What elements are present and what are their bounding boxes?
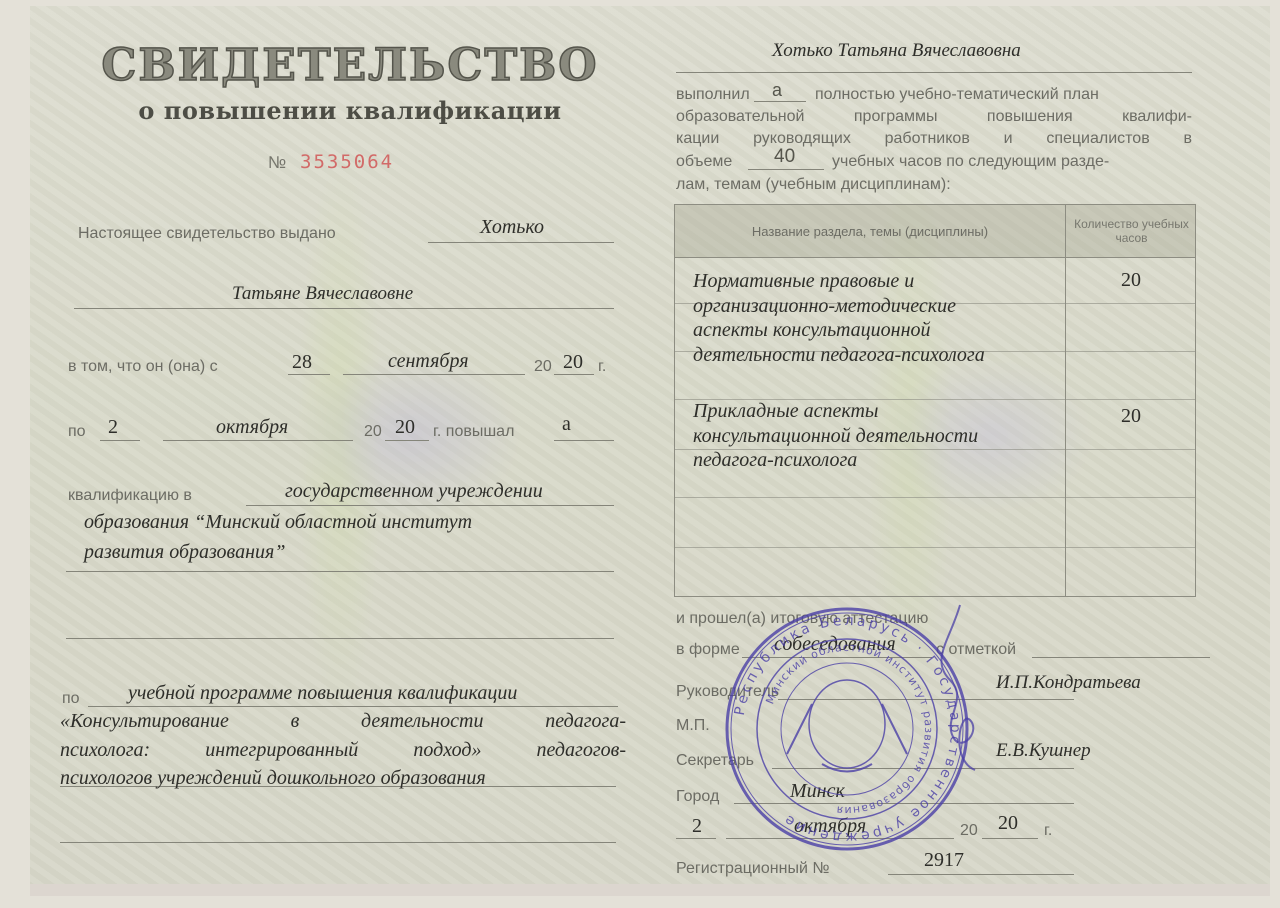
to-year-prefix: 20	[364, 423, 382, 441]
issue-year: 20	[998, 812, 1018, 835]
mark-label: с отметкой	[936, 641, 1016, 659]
from-month: сентября	[388, 350, 469, 373]
row1-line2: организационно-методические	[693, 294, 985, 319]
institution-line-3: развития образования”	[84, 541, 285, 564]
issue-month: октября	[794, 815, 866, 838]
period-to-label: по	[68, 423, 86, 441]
document-title: СВИДЕТЕЛЬСТВО	[95, 40, 605, 91]
number-label: №	[268, 153, 286, 173]
from-year-suffix: г.	[598, 358, 606, 376]
program-line-4: психологов учреждений дошкольного образо…	[60, 767, 486, 790]
row1-line3: аспекты консультационной	[693, 318, 985, 343]
issue-year-prefix: 20	[960, 822, 978, 840]
name-patronymic-value: Татьяне Вячеславовне	[232, 283, 413, 305]
from-year-prefix: 20	[534, 358, 552, 376]
completed-label: выполнил	[676, 86, 750, 104]
period-from-label: в том, что он (она) с	[68, 358, 218, 376]
head-name: И.П.Кондратьева	[996, 672, 1141, 694]
volume-label: объеме	[676, 153, 732, 171]
institution-line-2: образования “Минский областной институт	[84, 511, 472, 534]
table-header: Название раздела, темы (дисциплины) Коли…	[675, 205, 1195, 258]
program-label: по	[62, 690, 80, 708]
plan-text-2: образовательной программы повышения квал…	[676, 108, 1192, 126]
plan-text-1: полностью учебно-тематический план	[815, 86, 1099, 104]
improved-label: г. повышал	[433, 423, 514, 441]
reg-number: 2917	[924, 849, 964, 872]
plan-text-3: кации руководящих работников и специалис…	[676, 130, 1192, 148]
plan-text-5: лам, темам (учебным дисциплинам):	[676, 176, 951, 194]
row2-line1: Прикладные аспекты	[693, 399, 978, 424]
to-month: октября	[216, 416, 288, 439]
form-label: в форме	[676, 641, 740, 659]
city-value: Минск	[790, 780, 845, 803]
from-year: 20	[563, 351, 583, 374]
row1-line4: деятельности педагога-психолога	[693, 343, 985, 368]
row1-hours: 20	[1065, 269, 1197, 292]
qualification-label: квалификацию в	[68, 487, 192, 505]
full-name: Хотько Татьяна Вячеславовна	[772, 40, 1021, 62]
secretary-name: Е.В.Кушнер	[996, 740, 1091, 762]
to-day: 2	[108, 416, 118, 439]
volume-hours: 40	[774, 146, 795, 168]
issue-year-suffix: г.	[1044, 822, 1052, 840]
reg-label: Регистрационный №	[676, 860, 829, 878]
to-year: 20	[395, 416, 415, 439]
attestation-label: и прошел(а) итоговую аттестацию	[676, 610, 928, 628]
header-subject: Название раздела, темы (дисциплины)	[675, 205, 1065, 257]
certificate-number: 3535064	[300, 151, 394, 173]
subjects-table: Название раздела, темы (дисциплины) Коли…	[674, 204, 1196, 597]
row1-line1: Нормативные правовые и	[693, 269, 985, 294]
issue-day: 2	[692, 815, 702, 838]
seal-label: М.П.	[676, 717, 710, 735]
row2-hours: 20	[1065, 405, 1197, 428]
head-label: Руководитель	[676, 683, 779, 701]
completed-suffix: а	[772, 80, 782, 101]
program-line-3: психолога: интегрированный подход» педаг…	[60, 739, 626, 762]
secretary-label: Секретарь	[676, 752, 754, 770]
header-hours: Количество учебных часов	[1065, 205, 1197, 257]
gender-suffix: а	[562, 413, 571, 436]
volume-text: учебных часов по следующим разде-	[832, 153, 1109, 171]
table-row: Нормативные правовые и организационно-ме…	[693, 269, 985, 367]
sheet-edge	[30, 884, 1270, 896]
row2-line2: консультационной деятельности	[693, 424, 978, 449]
table-row: Прикладные аспекты консультационной деят…	[693, 399, 978, 473]
program-line-1: учебной программе повышения квалификации	[128, 682, 517, 705]
institution-line-1: государственном учреждении	[285, 480, 543, 503]
document-subtitle: о повышении квалификации	[95, 96, 605, 125]
from-day: 28	[292, 351, 312, 374]
issued-to-label: Настоящее свидетельство выдано	[78, 225, 336, 243]
program-line-2: «Консультирование в деятельности педагог…	[60, 710, 626, 733]
form-value: собеседования	[774, 633, 896, 656]
city-label: Город	[676, 788, 719, 806]
surname-value: Хотько	[480, 216, 544, 239]
row2-line3: педагога-психолога	[693, 448, 978, 473]
